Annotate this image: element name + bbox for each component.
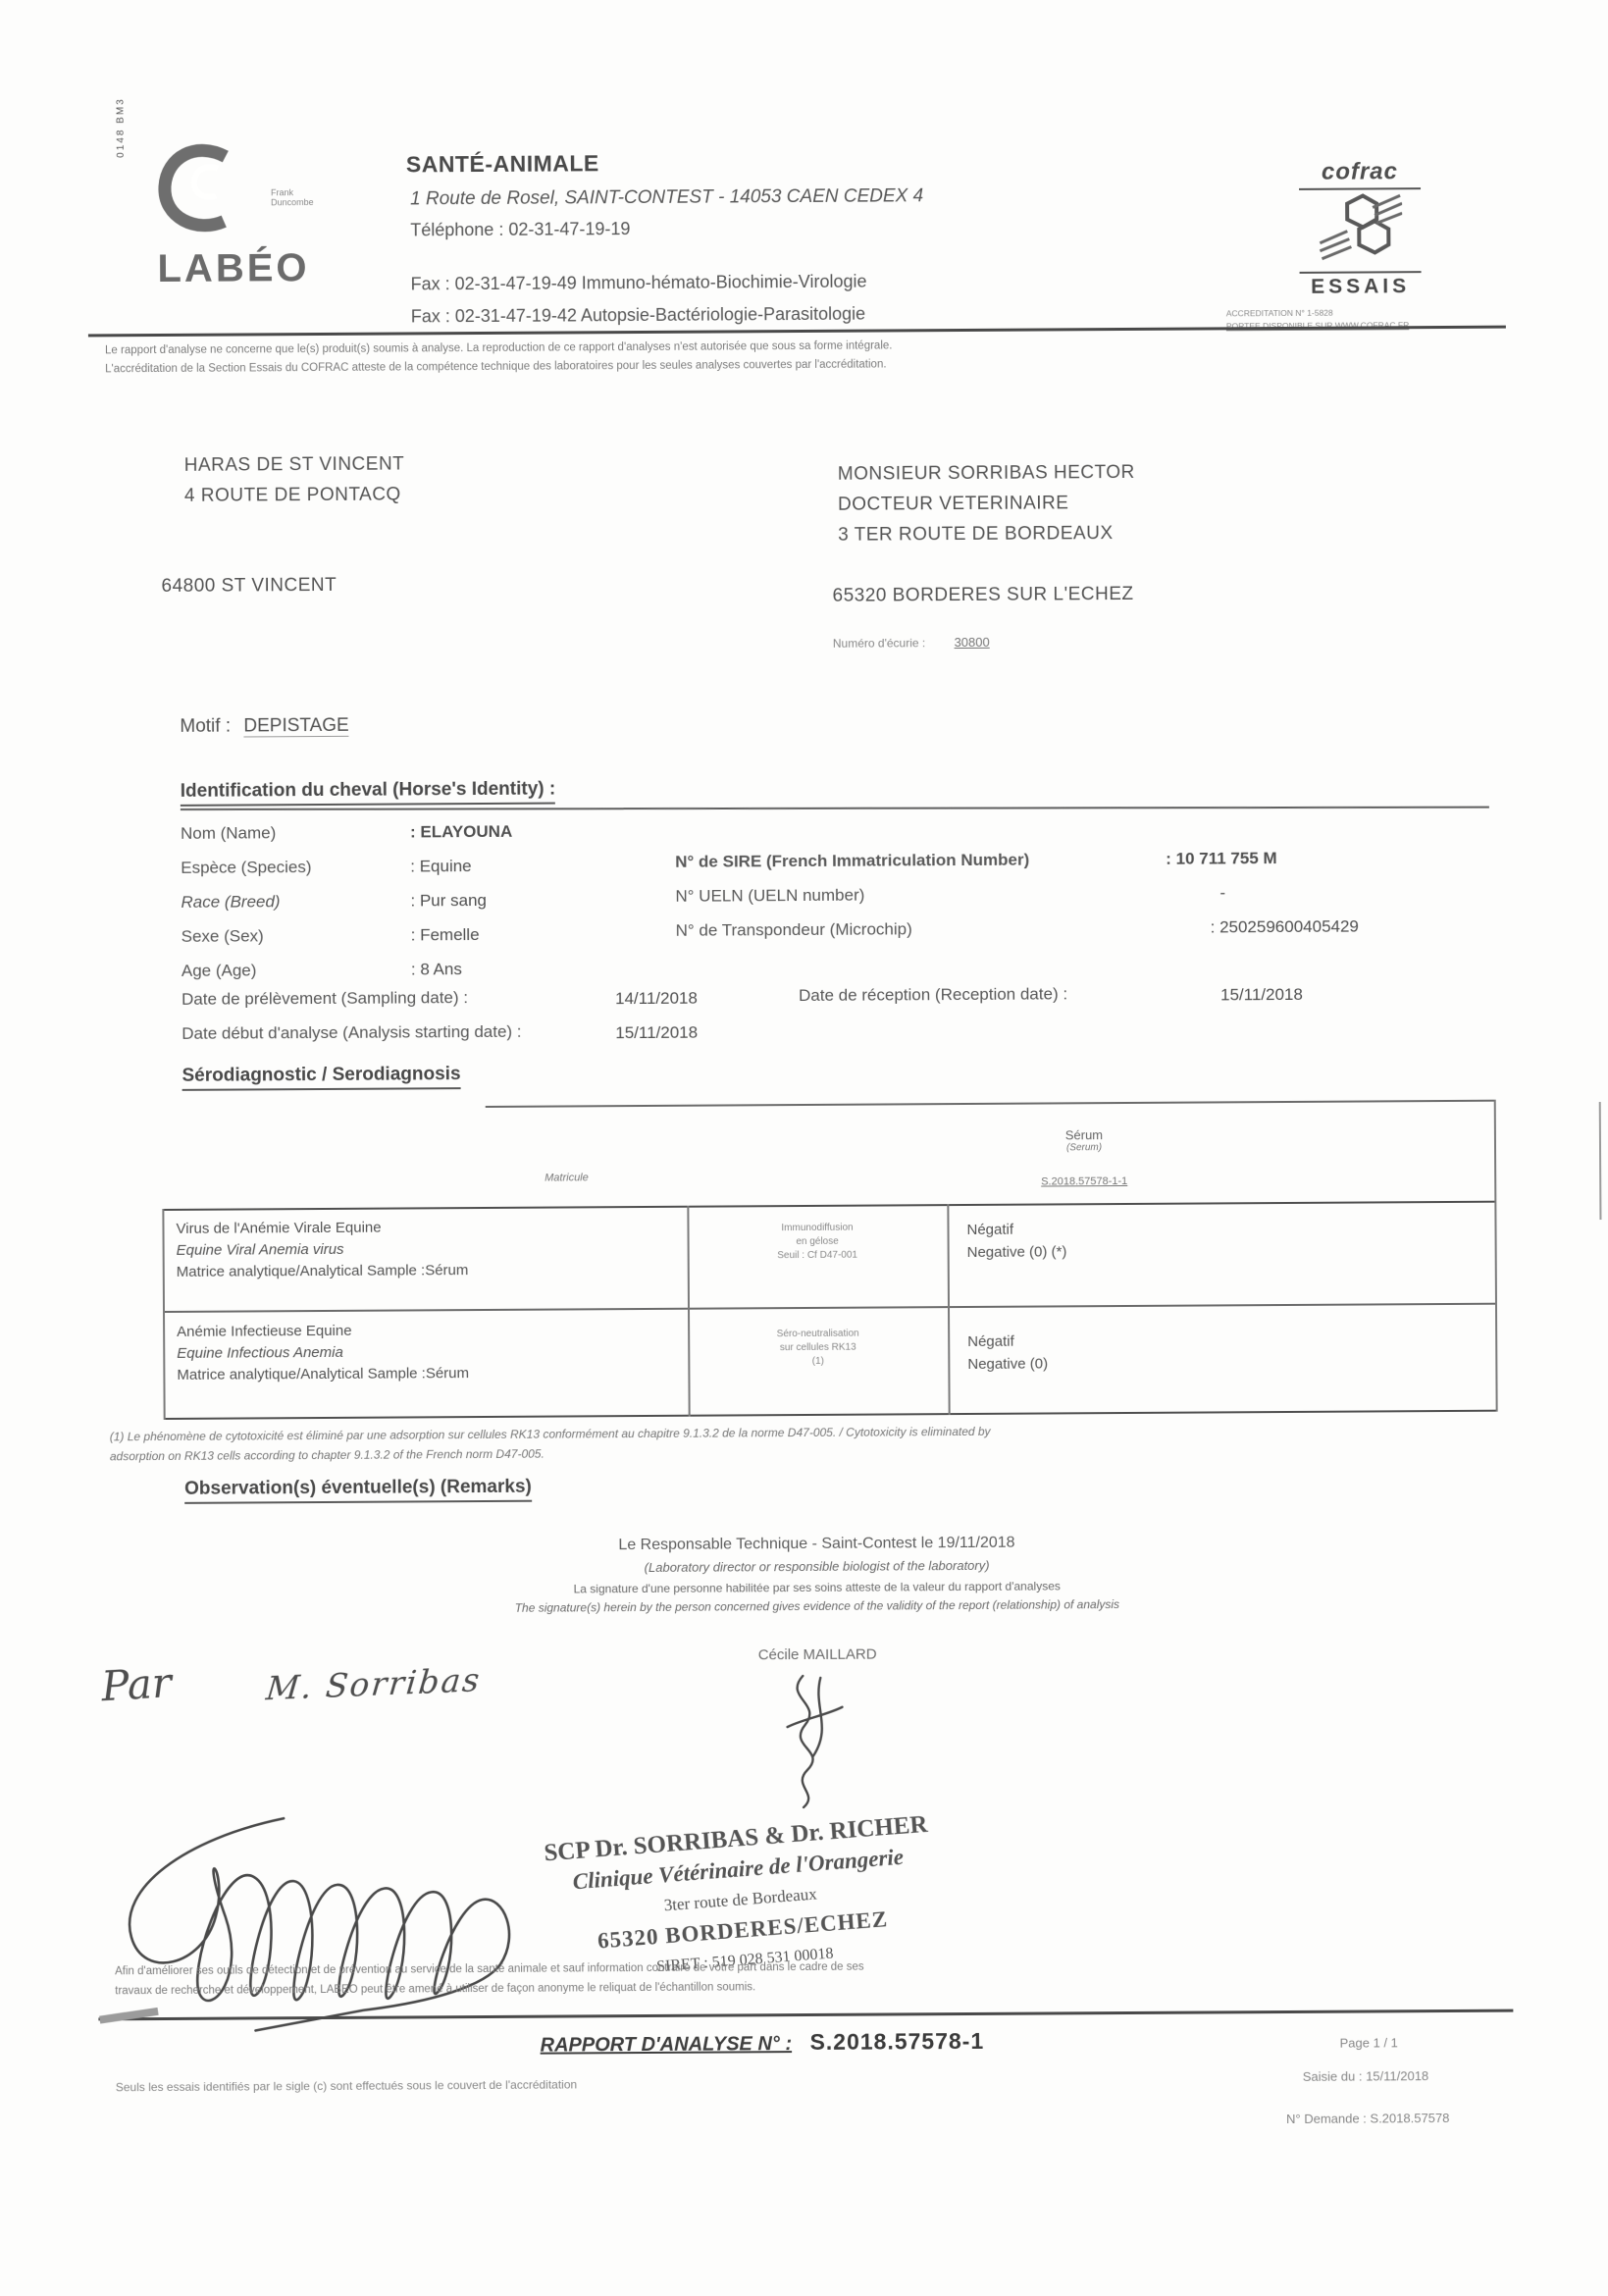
identity-left-fields: Nom (Name): ELAYOUNA Espèce (Species): E…: [181, 822, 513, 996]
recipient-line2: DOCTEUR VETERINAIRE: [838, 488, 1135, 520]
reception-date-label: Date de réception (Reception date) :: [799, 984, 1067, 1006]
lab-address: 1 Route de Rosel, SAINT-CONTEST - 14053 …: [410, 185, 923, 210]
analysis-date-value: 15/11/2018: [615, 1023, 698, 1044]
analysis-1-method: Immunodiffusion en gélose Seuil : Cf D47…: [697, 1221, 937, 1263]
brand-sub-line1: Frank: [271, 187, 314, 197]
analysis-2-result-en: Negative (0): [967, 1352, 1048, 1375]
serology-table: Matricule Sérum (Serum) S.2018.57578-1-1…: [162, 1100, 1498, 1420]
cofrac-essais-label: ESSAIS: [1292, 275, 1429, 299]
analysis-1-method-line1: Immunodiffusion: [697, 1221, 937, 1235]
analysis-1-name-en: Equine Viral Anemia virus: [177, 1238, 469, 1262]
identity-rule: [181, 807, 1489, 810]
analysis-1-name-fr: Virus de l'Anémie Virale Equine: [176, 1217, 468, 1240]
field-ueln-value: -: [1219, 883, 1225, 917]
field-species-value: : Equine: [410, 857, 472, 891]
handwritten-par: Par: [100, 1658, 173, 1710]
recipient-city: 65320 BORDERES SUR L'ECHEZ: [832, 579, 1133, 611]
analysis-date-label: Date début d'analyse (Analysis starting …: [182, 1022, 521, 1044]
analysis-1-result-fr: Négatif: [966, 1218, 1066, 1241]
report-number-label: RAPPORT D'ANALYSE N° :: [541, 2033, 793, 2057]
cofrac-wordmark: cofrac: [1291, 158, 1428, 186]
signature-maillard-icon: [744, 1668, 872, 1816]
field-breed-label: Race (Breed): [181, 891, 410, 926]
field-microchip-label: N° de Transpondeur (Microchip): [676, 917, 1211, 955]
page-indicator: Page 1 / 1: [1340, 2035, 1398, 2050]
analysis-2-name-fr: Anémie Infectieuse Equine: [177, 1320, 469, 1343]
field-ueln-label: N° UELN (UELN number): [675, 883, 1219, 920]
cofrac-hexagons-icon: [1318, 191, 1402, 265]
sender-city: 64800 ST VINCENT: [161, 570, 337, 601]
brand-wordmark: LABÉO: [157, 246, 309, 291]
cofrac-logo: cofrac ESSAIS: [1291, 158, 1429, 299]
signoff-responsible: Le Responsable Technique - Saint-Contest…: [375, 1533, 1258, 1555]
analysis-2-method: Séro-neutralisation sur cellules RK13 (1…: [698, 1327, 938, 1369]
stable-number: Numéro d'écurie : 30800: [833, 635, 990, 651]
col-serum-fr: Sérum: [986, 1127, 1182, 1143]
handwritten-sorribas: M. Sorribas: [264, 1660, 483, 1707]
remarks-heading: Observation(s) éventuelle(s) (Remarks): [184, 1477, 532, 1504]
signoff-block: Le Responsable Technique - Saint-Contest…: [375, 1533, 1259, 1665]
analysis-2-name-en: Equine Infectious Anemia: [177, 1341, 469, 1365]
serology-heading: Sérodiagnostic / Serodiagnosis: [182, 1064, 460, 1091]
analysis-1-matrix: Matrice analytique/Analytical Sample :Sé…: [177, 1260, 469, 1283]
analysis-2-result-fr: Négatif: [967, 1330, 1048, 1352]
recipient-line1: MONSIEUR SORRIBAS HECTOR: [838, 457, 1135, 490]
brand-subtext: Frank Duncombe: [271, 187, 314, 207]
signoff-en-subtitle: (Laboratory director or responsible biol…: [376, 1556, 1259, 1576]
sender-line1: HARAS DE ST VINCENT: [184, 448, 405, 480]
analysis-2-result: Négatif Negative (0): [967, 1330, 1048, 1375]
signatory-name: Cécile MAILLARD: [376, 1644, 1259, 1665]
report-number-line: RAPPORT D'ANALYSE N° : S.2018.57578-1: [540, 2028, 984, 2058]
field-sex-label: Sexe (Sex): [182, 925, 411, 961]
field-species-label: Espèce (Species): [181, 857, 410, 892]
footer-disclaimer: Afin d'améliorer ses outils de détection…: [115, 1954, 1518, 2002]
scan-corner-mark: 0148 BM3: [115, 97, 126, 158]
col-serum-label: Sérum (Serum): [986, 1127, 1182, 1154]
motif-line: Motif : DEPISTAGE: [180, 715, 348, 738]
analysis-row-2: Anémie Infectieuse Equine Equine Infecti…: [177, 1320, 469, 1386]
scan-edge-artifact: [1599, 1102, 1602, 1220]
analysis-1-method-line3: Seuil : Cf D47-001: [698, 1248, 938, 1263]
analysis-2-method-line3: (1): [698, 1354, 938, 1369]
labeo-logo-icon: [149, 138, 268, 247]
lab-phone: Téléphone : 02-31-47-19-19: [410, 219, 630, 240]
motif-label: Motif :: [180, 716, 231, 737]
identity-right-fields: N° de SIRE (French Immatriculation Numbe…: [675, 848, 1490, 956]
stable-number-label: Numéro d'écurie :: [833, 636, 925, 651]
scanned-report-page: 0148 BM3 Frank Duncombe LABÉO SANTÉ-ANIM…: [0, 0, 1608, 2296]
dept-title: SANTÉ-ANIMALE: [406, 150, 599, 178]
sampling-date-value: 14/11/2018: [615, 989, 698, 1010]
field-microchip-value: : 250259600405429: [1211, 917, 1359, 953]
entry-date: Saisie du : 15/11/2018: [1303, 2068, 1429, 2084]
field-name-label: Nom (Name): [181, 822, 410, 858]
analysis-1-method-line2: en gélose: [698, 1234, 938, 1249]
header-disclaimer: Le rapport d'analyse ne concerne que le(…: [105, 334, 1508, 380]
field-breed-value: : Pur sang: [410, 891, 487, 925]
brand-sub-line2: Duncombe: [271, 197, 314, 207]
col-serum-en: (Serum): [986, 1142, 1182, 1154]
signoff-fr-note: La signature d'une personne habilitée pa…: [376, 1578, 1259, 1596]
analysis-2-matrix: Matrice analytique/Analytical Sample :Sé…: [177, 1363, 469, 1386]
stable-number-value: 30800: [954, 635, 989, 650]
field-sex-value: : Femelle: [411, 925, 480, 960]
analysis-2-method-line1: Séro-neutralisation: [698, 1327, 938, 1341]
recipient-line3: 3 TER ROUTE DE BORDEAUX: [838, 518, 1135, 550]
report-number-value: S.2018.57578-1: [809, 2028, 984, 2055]
request-number: N° Demande : S.2018.57578: [1286, 2111, 1449, 2126]
field-name-value: : ELAYOUNA: [410, 822, 512, 858]
analysis-1-result: Négatif Negative (0) (*): [966, 1218, 1066, 1264]
serology-footnote: (1) Le phénomène de cytotoxicité est éli…: [110, 1419, 1513, 1467]
lab-fax1: Fax : 02-31-47-19-49 Immuno-hémato-Bioch…: [411, 272, 867, 295]
recipient-address: MONSIEUR SORRIBAS HECTOR DOCTEUR VETERIN…: [838, 457, 1136, 550]
reception-date-value: 15/11/2018: [1220, 985, 1303, 1006]
sender-address: HARAS DE ST VINCENT 4 ROUTE DE PONTACQ: [184, 448, 405, 510]
analysis-1-result-en: Negative (0) (*): [967, 1240, 1067, 1264]
field-sire-value: : 10 711 755 M: [1166, 849, 1277, 884]
analysis-row-1: Virus de l'Anémie Virale Equine Equine V…: [176, 1217, 468, 1283]
signoff-en-note: The signature(s) herein by the person co…: [376, 1596, 1259, 1615]
sender-line2: 4 ROUTE DE PONTACQ: [184, 479, 405, 510]
col-matricule-label: Matricule: [545, 1172, 589, 1183]
sample-id: S.2018.57578-1-1: [976, 1175, 1192, 1188]
field-sire-label: N° de SIRE (French Immatriculation Numbe…: [675, 850, 1166, 887]
accreditation-note: Seuls les essais identifiés par le sigle…: [116, 2077, 577, 2094]
motif-value: DEPISTAGE: [243, 715, 348, 738]
sampling-date-label: Date de prélèvement (Sampling date) :: [182, 988, 468, 1010]
analysis-2-method-line2: sur cellules RK13: [698, 1340, 938, 1355]
identity-heading: Identification du cheval (Horse's Identi…: [181, 779, 556, 807]
lab-fax2: Fax : 02-31-47-19-42 Autopsie-Bactériolo…: [411, 304, 865, 328]
